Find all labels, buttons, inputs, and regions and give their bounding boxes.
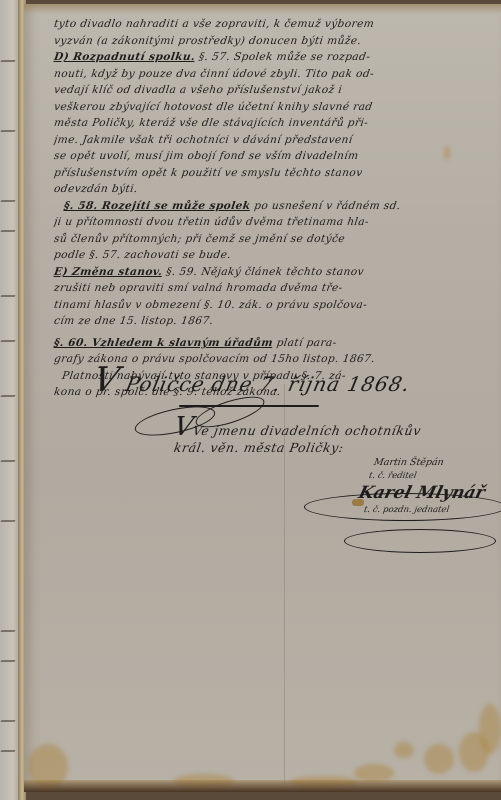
ink-mark (0, 200, 15, 202)
text-line: příslušenstvím opět k použití ve smyslu … (53, 165, 501, 182)
section-heading: §. 60. Vzhledem k slavným úřadům (53, 337, 274, 349)
signatory-role: t. č. pozdn. jednatel (363, 503, 486, 517)
section-58-line: §. 58. Rozejíti se může spolek po usneše… (53, 198, 501, 215)
section-heading: E) Změna stanov. (53, 266, 163, 278)
ink-mark (0, 60, 15, 62)
text-line: města Poličky, kteráž vše dle stávajícíc… (53, 115, 501, 132)
ink-mark (0, 130, 15, 132)
text-line: odevzdán býti. (53, 181, 501, 198)
text-line: zrušiti neb opraviti smí valná hromada d… (53, 280, 501, 297)
section-d-line: D) Rozpadnutí spolku. §. 57. Spolek může… (53, 49, 501, 66)
ink-mark (0, 295, 15, 297)
text-line: vyzván (a zákonitými prostředky) donucen… (53, 33, 501, 50)
section-heading: §. 58. Rozejíti se může spolek (63, 200, 251, 212)
signature-subheading: král. věn. města Poličky: (173, 439, 486, 456)
spacer (54, 330, 501, 335)
ink-mark (0, 230, 15, 232)
section-heading: D) Rozpadnutí spolku. (53, 51, 196, 63)
text-line: ji u přítomnosti dvou třetin údův dvěma … (53, 214, 501, 231)
text-line: tinami hlasův v obmezení §. 10. zák. o p… (53, 297, 501, 314)
signatory-role: t. č. ředitel (368, 469, 486, 483)
text-line: vedají klíč od divadla a všeho příslušen… (53, 82, 501, 99)
text-line: nouti, když by pouze dva činní údové zby… (53, 66, 501, 83)
water-stain (394, 742, 414, 758)
ink-mark (0, 395, 15, 397)
ink-mark (0, 340, 15, 342)
water-stain (479, 704, 501, 754)
wax-mark (352, 499, 364, 506)
section-60-line: §. 60. Vzhledem k slavným úřadům platí p… (53, 335, 501, 352)
text-line: sů členův přítomných; při čemž se jmění … (53, 231, 501, 248)
text-line: jme. Jakmile však tři ochotníci v dávání… (53, 132, 501, 149)
signatory-name: Martin Štěpán (373, 456, 486, 469)
ink-mark (0, 720, 15, 722)
signature-swirl (344, 529, 496, 553)
section-e-line: E) Změna stanov. §. 59. Nějaký článek tě… (53, 264, 501, 281)
signature-heading: VVe jmenu divadelních ochotníkův (172, 419, 486, 439)
body-text: tyto divadlo nahraditi a vše zopraviti, … (54, 16, 501, 411)
manuscript-page: tyto divadlo nahraditi a vše zopraviti, … (24, 4, 501, 792)
ink-mark (0, 750, 15, 752)
ink-mark (0, 520, 15, 522)
place-and-date: V Poličce dne 7. října 1868. (90, 360, 415, 400)
water-stain (424, 744, 454, 774)
ink-mark (0, 460, 15, 462)
text-line: veškerou zbývající hotovost dle účetní k… (53, 99, 501, 116)
text-line: podle §. 57. zachovati se bude. (53, 247, 501, 264)
ink-mark (0, 630, 15, 632)
text-line: se opět uvolí, musí jim obojí fond se vš… (53, 148, 501, 165)
page-bottom-edge (24, 780, 501, 792)
ink-mark (0, 660, 15, 662)
signature-block: VVe jmenu divadelních ochotníkův král. v… (174, 419, 484, 517)
text-line: tyto divadlo nahraditi a vše zopraviti, … (53, 16, 501, 33)
text-line: cím ze dne 15. listop. 1867. (53, 313, 501, 330)
